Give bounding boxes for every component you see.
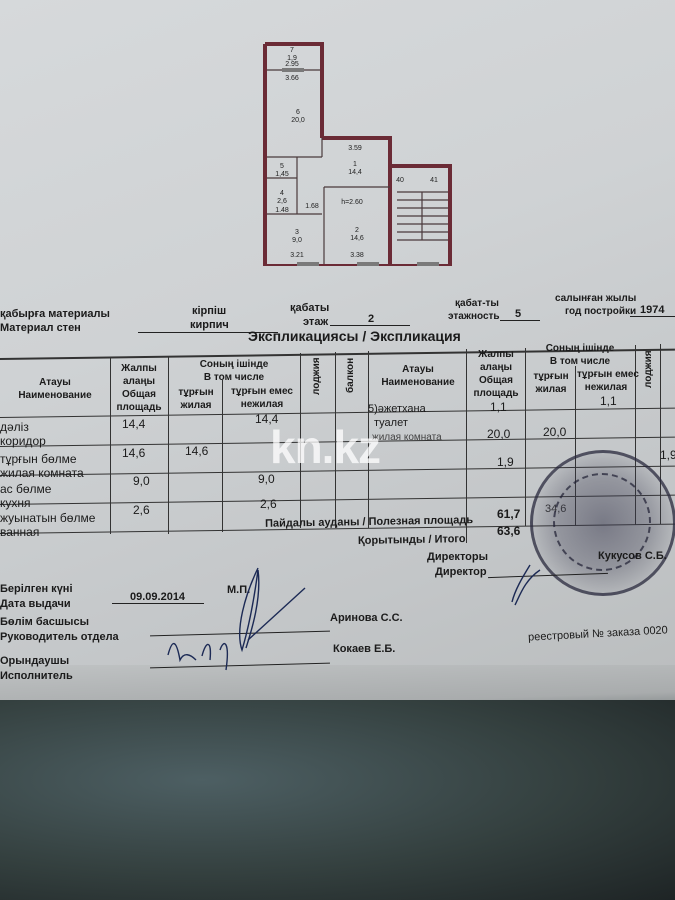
svg-text:h=2.60: h=2.60 [341, 199, 363, 206]
svg-text:3: 3 [295, 229, 299, 236]
wall-material-label-ru: Материал стен [0, 322, 81, 334]
svg-text:2.95: 2.95 [285, 61, 299, 68]
row-kitchen-name: ас бөлмекухня [0, 482, 51, 510]
row-corridor-name: дәлізкоридор [0, 420, 46, 448]
header-nonliving: тұрғын емеснежилая [224, 385, 300, 411]
svg-text:2,6: 2,6 [277, 198, 287, 205]
year-label-kz: салынған жылы [555, 293, 636, 304]
floor-value: 2 [368, 313, 374, 325]
row-toilet-nonliving: 1,1 [600, 394, 617, 408]
total-value: 63,6 [497, 524, 520, 538]
director-name: Кукусов С.Б. [598, 550, 667, 562]
year-label-ru: год постройки [565, 306, 636, 317]
header-living-right: тұрғынжилая [527, 370, 575, 396]
table-col-border [110, 358, 111, 534]
svg-text:14,4: 14,4 [348, 169, 362, 176]
svg-text:7: 7 [290, 47, 294, 54]
row-room2-name: жилая комната [372, 432, 442, 443]
svg-text:14,6: 14,6 [350, 235, 364, 242]
watermark: kn.kz [270, 420, 380, 474]
header-loggia-right: лоджия [642, 350, 655, 388]
row-kitchen-nonliving: 9,0 [258, 472, 275, 486]
wall-material-value-ru: кирпич [190, 319, 229, 331]
svg-text:1.68: 1.68 [305, 203, 319, 210]
header-including-right: Соның ішіндеВ том числе [527, 342, 633, 368]
row-bathroom-name: жуынатын бөлмеванная [0, 511, 95, 539]
floors-label-ru: этажность [448, 311, 500, 322]
svg-text:2: 2 [355, 227, 359, 234]
explication-title: Экспликациясы / Экспликация [248, 328, 461, 344]
floor-underline [330, 325, 410, 326]
background-fabric [0, 700, 675, 900]
svg-text:3.21: 3.21 [290, 252, 304, 259]
svg-text:20,0: 20,0 [291, 117, 305, 124]
svg-text:1.48: 1.48 [275, 207, 289, 214]
row-loggia-value: 1,9 [660, 448, 675, 462]
svg-text:3.59: 3.59 [348, 145, 362, 152]
floor-label-kz: қабаты [290, 302, 329, 314]
row-room2-living: 20,0 [543, 425, 566, 439]
row-room-total: 14,6 [122, 446, 145, 460]
useful-area-value: 61,7 [497, 507, 520, 521]
row-toilet-total: 1,1 [490, 400, 507, 414]
svg-text:3.38: 3.38 [350, 252, 364, 259]
wall-material-value-kz: кірпіш [192, 305, 226, 317]
svg-text:1,45: 1,45 [275, 171, 289, 178]
header-balcony: балкон [344, 358, 357, 393]
row-bathroom-total: 2,6 [133, 503, 150, 517]
dept-head-label-kz: Бөлім басшысы [0, 616, 89, 628]
dept-head-label-ru: Руководитель отдела [0, 631, 119, 643]
wall-material-label-kz: қабырға материалы [0, 308, 110, 320]
header-name-right: АтауыНаименование [372, 363, 464, 389]
row-room-living: 14,6 [185, 444, 208, 458]
svg-text:5: 5 [280, 163, 284, 170]
header-nonliving-right: тұрғын емеснежилая [577, 368, 635, 394]
header-name: АтауыНаименование [10, 376, 100, 402]
executor-label-kz: Орындаушы [0, 655, 69, 667]
header-total-area-right: Жалпыалаңы Общаяплощадь [468, 348, 524, 400]
svg-text:3.66: 3.66 [285, 75, 299, 82]
issue-date-label-ru: Дата выдачи [0, 598, 71, 610]
floors-underline [500, 320, 540, 321]
header-loggia: лоджия [310, 357, 323, 395]
header-living: тұрғынжилая [170, 386, 222, 412]
total-label: Қорытынды / Итого [358, 533, 466, 547]
header-total-area: Жалпыалаңы Общаяплощадь [112, 362, 166, 414]
table-col-border [222, 380, 223, 532]
svg-text:40: 40 [396, 177, 404, 184]
floor-label-ru: этаж [303, 316, 328, 328]
row-corridor-total: 14,4 [122, 417, 145, 431]
svg-text:41: 41 [430, 177, 438, 184]
floors-label-kz: қабат-ты [455, 298, 499, 309]
svg-text:1: 1 [353, 161, 357, 168]
signatures [150, 560, 570, 690]
table-col-border [525, 348, 526, 526]
table-col-border [168, 356, 169, 534]
svg-text:9,0: 9,0 [292, 237, 302, 244]
row-bathroom-nonliving: 2,6 [260, 497, 277, 511]
svg-text:4: 4 [280, 190, 284, 197]
row-kitchen-total: 9,0 [133, 474, 150, 488]
year-value: 1974 [640, 304, 664, 316]
row-room-name: тұрғын бөлмежилая комната [0, 452, 84, 480]
header-including: Соның ішіндеВ том числе [170, 358, 298, 384]
executor-label-ru: Исполнитель [0, 670, 73, 682]
issue-date-label-kz: Берілген күні [0, 583, 73, 595]
floors-value: 5 [515, 308, 521, 320]
row-room2-total: 20,0 [487, 427, 510, 441]
svg-text:6: 6 [296, 109, 300, 116]
row-loggia-total: 1,9 [497, 455, 514, 469]
year-underline [630, 316, 675, 317]
floor-plan: 7 1,9 2.95 3.66 6 20,0 3.59 1 14,4 5 1,4… [262, 42, 452, 266]
